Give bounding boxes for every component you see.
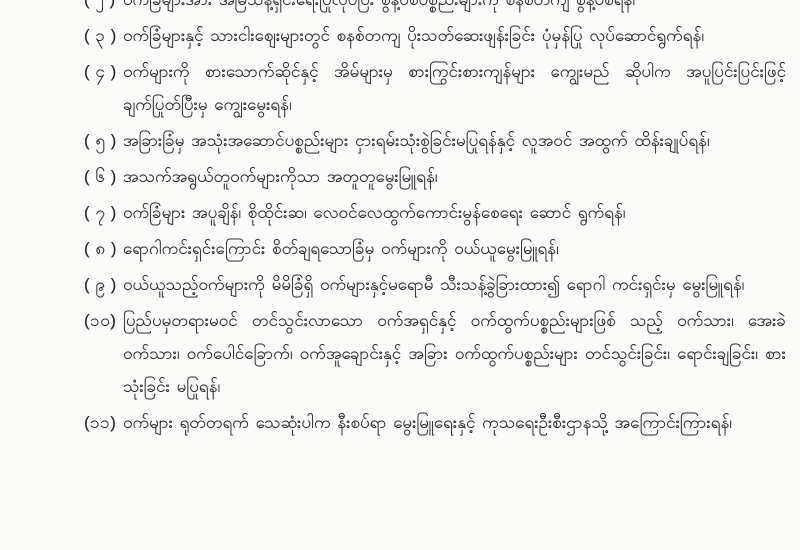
item-text: ပြည်ပမှတရားမဝင် တင်သွင်းလာသော ဝက်အရှင်နှ…	[123, 304, 786, 403]
list-item: ( ၄ ) ဝက်များကို စားသောက်ဆိုင်နှင့် အိမ်…	[84, 55, 786, 121]
list-item: ( ၉ ) ဝယ်ယူသည့်ဝက်များကို မိမိခြံရှိ ဝက်…	[84, 268, 786, 301]
item-text: ဝက်များ ရုတ်တရက် သေဆုံးပါက နီးစပ်ရာ မွေး…	[123, 406, 786, 439]
item-number: ( ၅ )	[84, 124, 123, 157]
item-text: အသက်အရွယ်တူဝက်များကိုသာ အတူတူမွေးမြူရန်၊	[123, 160, 786, 193]
list-item: (၁၀) ပြည်ပမှတရားမဝင် တင်သွင်းလာသော ဝက်အရ…	[84, 304, 786, 403]
document-page: ( ၂ ) ဝက်ခြံများအား အမြဲသန့်ရှင်းရေးပြုလ…	[0, 0, 800, 550]
list-item: ( ၅ ) အခြားခြံမှ အသုံးအဆောင်ပစ္စည်းများ …	[84, 124, 786, 157]
item-number: ( ၃ )	[84, 19, 123, 52]
item-text: ဝယ်ယူသည့်ဝက်များကို မိမိခြံရှိ ဝက်များနှ…	[123, 268, 786, 301]
item-text: ဝက်ခြံများ အပူချိန်၊ စိုထိုင်းဆ၊ လေဝင်လေ…	[123, 196, 786, 229]
item-text: ဝက်များကို စားသောက်ဆိုင်နှင့် အိမ်များမှ…	[123, 55, 786, 121]
list-item: ( ၂ ) ဝက်ခြံများအား အမြဲသန့်ရှင်းရေးပြုလ…	[84, 0, 786, 16]
numbered-list: ( ၂ ) ဝက်ခြံများအား အမြဲသန့်ရှင်းရေးပြုလ…	[84, 0, 786, 442]
item-number: ( ၉ )	[84, 268, 123, 301]
item-text: ဝက်ခြံများအား အမြဲသန့်ရှင်းရေးပြုလုပ်ပြီ…	[123, 0, 786, 16]
list-item: ( ၇ ) ဝက်ခြံများ အပူချိန်၊ စိုထိုင်းဆ၊ လ…	[84, 196, 786, 229]
list-item: ( ၈ ) ရောဂါကင်းရှင်းကြောင်း စိတ်ချရသောခြ…	[84, 232, 786, 265]
item-number: (၁၁)	[84, 406, 123, 439]
list-item: ( ၆ ) အသက်အရွယ်တူဝက်များကိုသာ အတူတူမွေးမ…	[84, 160, 786, 193]
item-number: ( ၂ )	[84, 0, 123, 16]
item-number: ( ၄ )	[84, 55, 123, 88]
list-item: (၁၁) ဝက်များ ရုတ်တရက် သေဆုံးပါက နီးစပ်ရာ…	[84, 406, 786, 439]
item-number: ( ၈ )	[84, 232, 123, 265]
item-text: ဝက်ခြံများနှင့် သားငါးဈေးများတွင် စနစ်တက…	[123, 19, 786, 52]
item-text: ရောဂါကင်းရှင်းကြောင်း စိတ်ချရသောခြံမှ ဝက…	[123, 232, 786, 265]
item-number: ( ၇ )	[84, 196, 123, 229]
item-number: (၁၀)	[84, 304, 123, 337]
item-number: ( ၆ )	[84, 160, 123, 193]
item-text: အခြားခြံမှ အသုံးအဆောင်ပစ္စည်းများ ငှားရမ…	[123, 124, 786, 157]
list-item: ( ၃ ) ဝက်ခြံများနှင့် သားငါးဈေးများတွင် …	[84, 19, 786, 52]
